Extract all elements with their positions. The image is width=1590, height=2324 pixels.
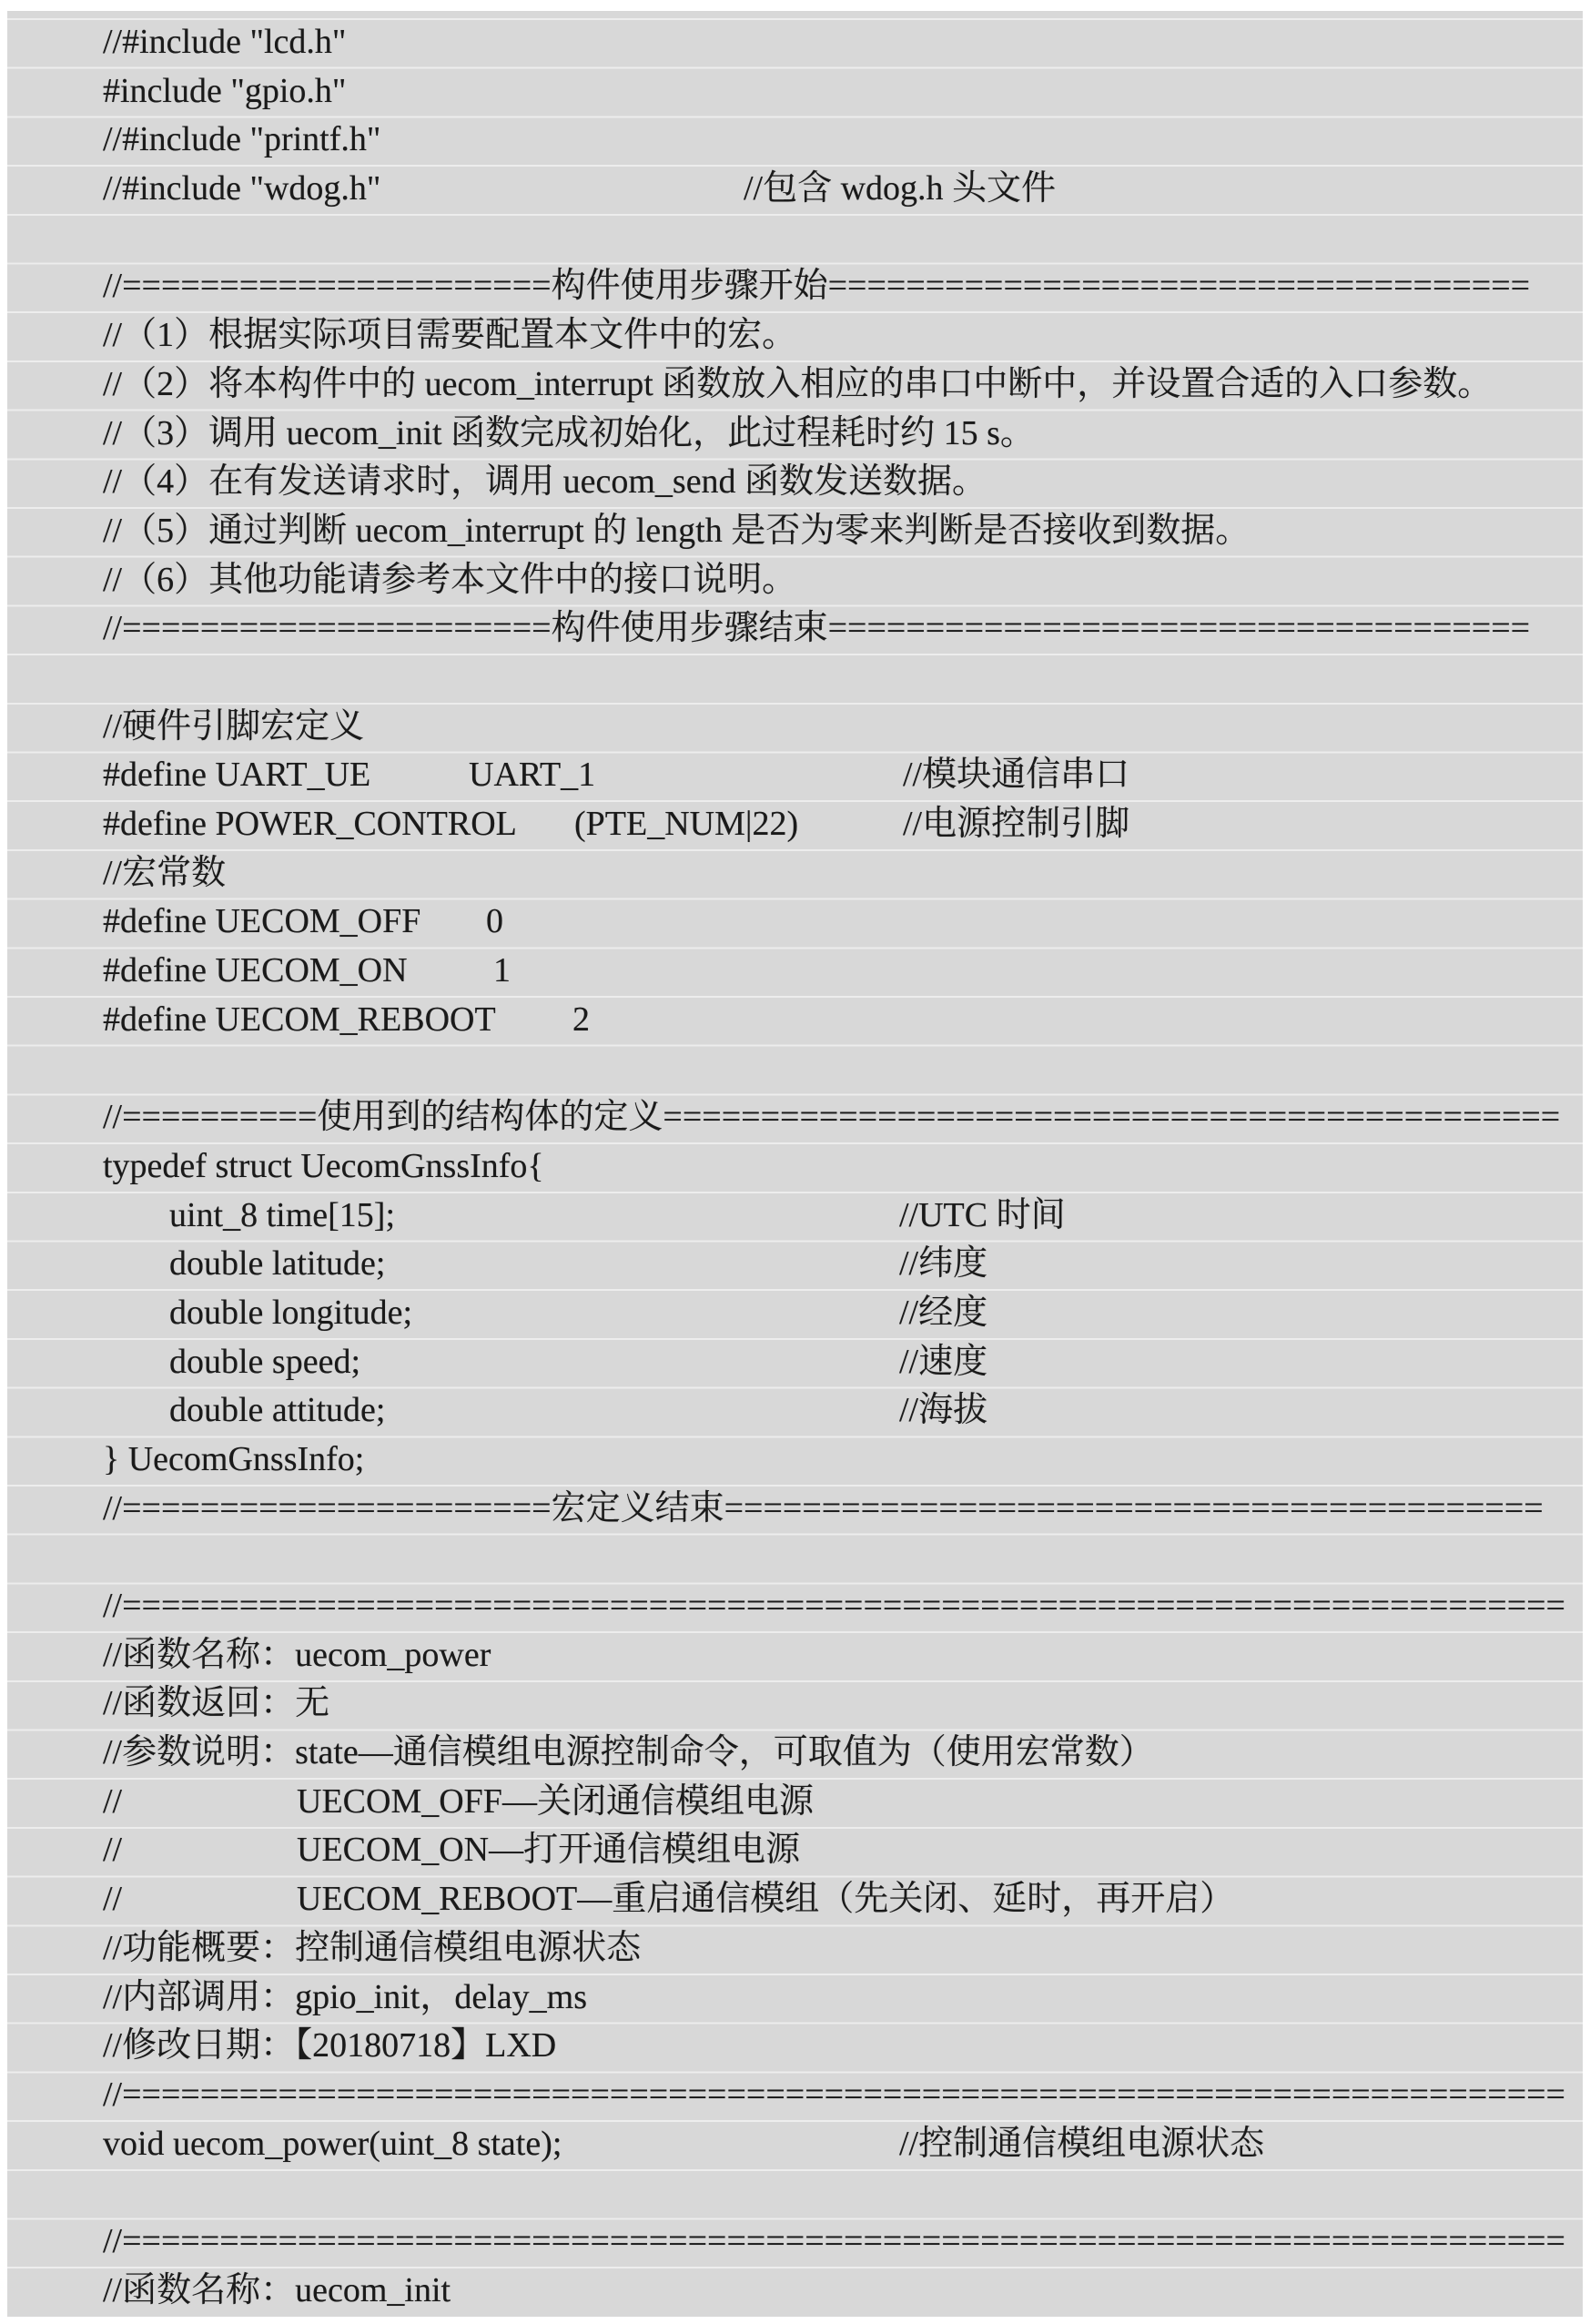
code-line: double longitude;//经度: [7, 1289, 1583, 1338]
code-segment: //修改日期：【20180718】LXD: [103, 2022, 556, 2071]
code-segment: UECOM_REBOOT—重启通信模组（先关闭、延时，再开启）: [297, 1875, 1234, 1924]
code-segment: //: [103, 1826, 122, 1875]
code-segment: #include "gpio.h": [103, 67, 346, 117]
code-line: //======================================…: [7, 1582, 1583, 1631]
code-segment: 2: [572, 996, 590, 1045]
code-line: #define UART_UEUART_1//模块通信串口: [7, 751, 1583, 800]
code-segment: //（2）将本构件中的 uecom_interrupt 函数放入相应的串口中断中…: [103, 360, 1492, 410]
code-segment: //函数名称：uecom_init: [103, 2267, 451, 2316]
code-line: //修改日期：【20180718】LXD: [7, 2022, 1583, 2071]
code-segment: #define UART_UE: [103, 751, 370, 800]
code-segment: //: [103, 1875, 122, 1924]
inline-comment: //经度: [899, 1289, 987, 1338]
code-line: double attitude;//海拔: [7, 1386, 1583, 1436]
code-line: uint_8 time[15];//UTC 时间: [7, 1192, 1583, 1241]
code-segment: uint_8 time[15];: [169, 1192, 395, 1241]
code-segment: #define UECOM_ON: [103, 947, 408, 996]
code-line: #define UECOM_OFF0: [7, 898, 1583, 947]
blank-line: [7, 654, 1583, 703]
code-segment: //======================================…: [103, 1582, 1565, 1631]
code-line: double latitude;//纬度: [7, 1240, 1583, 1289]
inline-comment: //模块通信串口: [903, 751, 1129, 800]
code-segment: #define POWER_CONTROL: [103, 800, 517, 849]
code-segment: double attitude;: [169, 1386, 385, 1436]
inline-comment: //控制通信模组电源状态: [899, 2120, 1264, 2169]
code-segment: //#include "wdog.h": [103, 165, 380, 214]
code-line: //宏常数: [7, 849, 1583, 898]
code-lines: //#include "lcd.h"#include "gpio.h"//#in…: [7, 18, 1583, 2315]
code-segment: //宏常数: [103, 849, 226, 898]
code-segment: double speed;: [169, 1338, 360, 1387]
code-line: //#include "printf.h": [7, 116, 1583, 165]
code-line: #include "gpio.h": [7, 67, 1583, 117]
code-segment: //内部调用：gpio_init，delay_ms: [103, 1974, 587, 2023]
code-line: double speed;//速度: [7, 1338, 1583, 1387]
code-line: //======================================…: [7, 2071, 1583, 2120]
code-line: //#include "wdog.h"//包含 wdog.h 头文件: [7, 165, 1583, 214]
code-segment: #define UECOM_OFF: [103, 898, 420, 947]
blank-line: [7, 1533, 1583, 1582]
inline-comment: //UTC 时间: [899, 1192, 1066, 1241]
code-listing-panel: //#include "lcd.h"#include "gpio.h"//#in…: [7, 11, 1583, 2317]
code-line: typedef struct UecomGnssInfo{: [7, 1142, 1583, 1192]
code-line: //UECOM_OFF—关闭通信模组电源: [7, 1778, 1583, 1827]
code-line: //======================构件使用步骤结束========…: [7, 604, 1583, 654]
code-line: //硬件引脚宏定义: [7, 703, 1583, 752]
code-line: #define POWER_CONTROL(PTE_NUM|22)//电源控制引…: [7, 800, 1583, 849]
code-segment: //函数返回：无: [103, 1680, 329, 1729]
code-line: } UecomGnssInfo;: [7, 1436, 1583, 1485]
blank-line: [7, 1044, 1583, 1093]
code-segment: //======================================…: [103, 2217, 1565, 2267]
code-line: //（6）其他功能请参考本文件中的接口说明。: [7, 556, 1583, 605]
code-segment: //==========使用到的结构体的定义==================…: [103, 1093, 1560, 1142]
code-segment: //: [103, 1778, 122, 1827]
code-segment: //#include "lcd.h": [103, 18, 346, 67]
code-segment: //参数说明：state—通信模组电源控制命令，可取值为（使用宏常数）: [103, 1729, 1154, 1778]
code-segment: UART_1: [469, 751, 595, 800]
code-line: //函数返回：无: [7, 1680, 1583, 1729]
code-line: //======================宏定义结束===========…: [7, 1485, 1583, 1534]
code-line: //======================================…: [7, 2217, 1583, 2267]
code-segment: //（1）根据实际项目需要配置本文件中的宏。: [103, 311, 796, 360]
code-segment: //（5）通过判断 uecom_interrupt 的 length 是否为零来…: [103, 507, 1250, 556]
code-segment: 1: [493, 947, 511, 996]
code-segment: //（6）其他功能请参考本文件中的接口说明。: [103, 556, 796, 605]
code-line: //功能概要：控制通信模组电源状态: [7, 1924, 1583, 1974]
inline-comment: //速度: [899, 1338, 987, 1387]
code-segment: //#include "printf.h": [103, 116, 380, 165]
code-line: #define UECOM_ON1: [7, 947, 1583, 996]
code-line: //（4）在有发送请求时，调用 uecom_send 函数发送数据。: [7, 458, 1583, 507]
code-segment: //======================构件使用步骤结束========…: [103, 604, 1530, 654]
code-line: //==========使用到的结构体的定义==================…: [7, 1093, 1583, 1142]
code-line: //内部调用：gpio_init，delay_ms: [7, 1974, 1583, 2023]
code-segment: void uecom_power(uint_8 state);: [103, 2120, 562, 2169]
code-segment: #define UECOM_REBOOT: [103, 996, 496, 1045]
code-segment: typedef struct UecomGnssInfo{: [103, 1142, 544, 1192]
code-line: //参数说明：state—通信模组电源控制命令，可取值为（使用宏常数）: [7, 1729, 1583, 1778]
code-line: //函数名称：uecom_power: [7, 1631, 1583, 1680]
code-segment: //======================构件使用步骤开始========…: [103, 262, 1530, 311]
code-segment: (PTE_NUM|22): [574, 800, 798, 849]
code-line: //UECOM_REBOOT—重启通信模组（先关闭、延时，再开启）: [7, 1875, 1583, 1924]
code-segment: //（3）调用 uecom_init 函数完成初始化，此过程耗时约 15 s。: [103, 410, 1035, 459]
code-line: //UECOM_ON—打开通信模组电源: [7, 1826, 1583, 1875]
code-line: #define UECOM_REBOOT2: [7, 996, 1583, 1045]
code-line: //======================构件使用步骤开始========…: [7, 262, 1583, 311]
inline-comment: //纬度: [899, 1240, 987, 1289]
inline-comment: //包含 wdog.h 头文件: [744, 165, 1056, 214]
document-page: //#include "lcd.h"#include "gpio.h"//#in…: [0, 0, 1590, 2324]
inline-comment: //电源控制引脚: [903, 800, 1129, 849]
blank-line: [7, 2168, 1583, 2217]
code-segment: UECOM_ON—打开通信模组电源: [297, 1826, 800, 1875]
code-line: //（2）将本构件中的 uecom_interrupt 函数放入相应的串口中断中…: [7, 360, 1583, 410]
code-segment: 0: [486, 898, 503, 947]
code-segment: double longitude;: [169, 1289, 412, 1338]
code-segment: //功能概要：控制通信模组电源状态: [103, 1924, 641, 1974]
inline-comment: //海拔: [899, 1386, 987, 1436]
code-segment: } UecomGnssInfo;: [103, 1436, 364, 1485]
code-line: //（5）通过判断 uecom_interrupt 的 length 是否为零来…: [7, 507, 1583, 556]
code-segment: //======================宏定义结束===========…: [103, 1485, 1544, 1534]
code-segment: //硬件引脚宏定义: [103, 703, 364, 752]
code-line: void uecom_power(uint_8 state);//控制通信模组电…: [7, 2120, 1583, 2169]
code-line: //函数名称：uecom_init: [7, 2267, 1583, 2316]
code-segment: UECOM_OFF—关闭通信模组电源: [297, 1778, 814, 1827]
code-line: //#include "lcd.h": [7, 18, 1583, 67]
blank-line: [7, 214, 1583, 263]
code-segment: //======================================…: [103, 2071, 1565, 2120]
code-segment: //（4）在有发送请求时，调用 uecom_send 函数发送数据。: [103, 458, 987, 507]
code-segment: double latitude;: [169, 1240, 385, 1289]
code-segment: //函数名称：uecom_power: [103, 1631, 491, 1680]
code-line: //（1）根据实际项目需要配置本文件中的宏。: [7, 311, 1583, 360]
code-line: //（3）调用 uecom_init 函数完成初始化，此过程耗时约 15 s。: [7, 410, 1583, 459]
